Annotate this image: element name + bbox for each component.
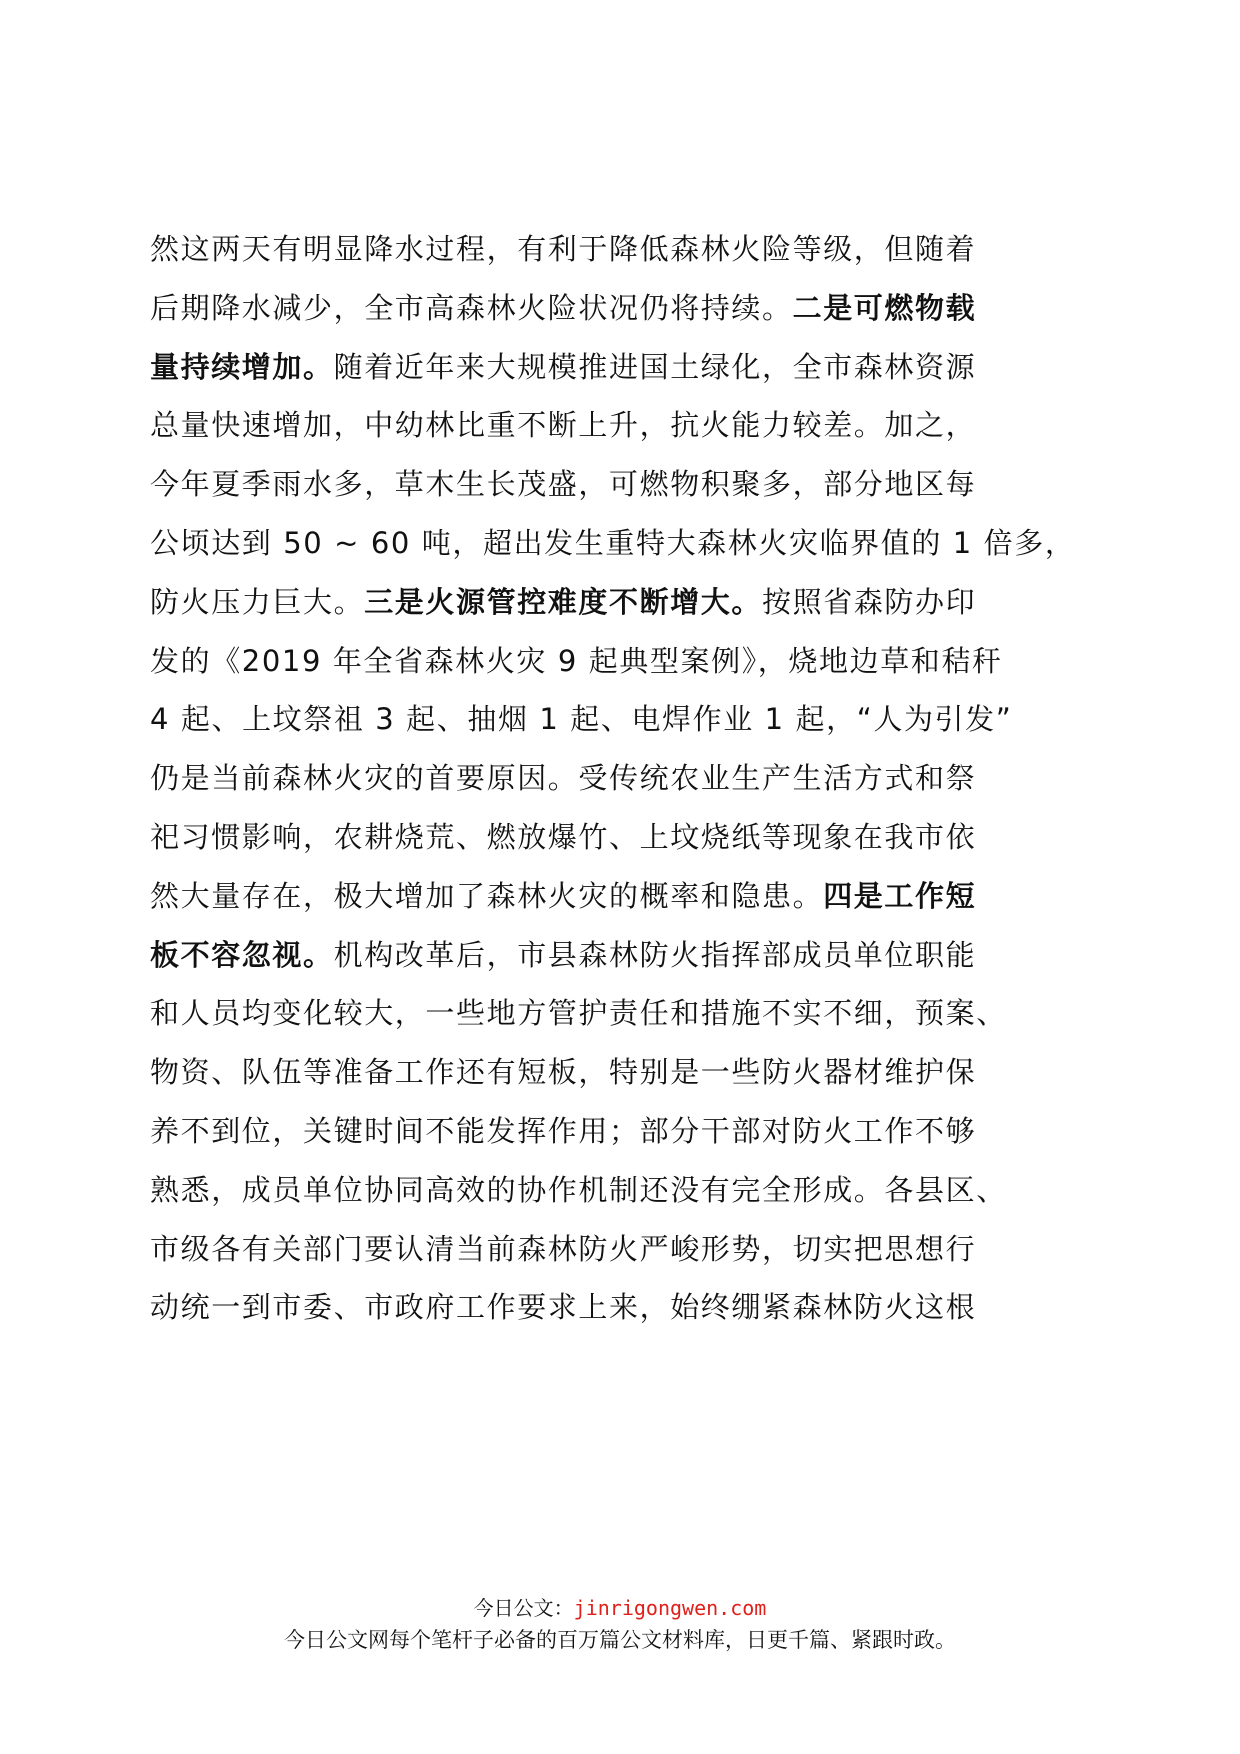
text-line: 量持续增加。随着近年来大规模推进国土绿化，全市森林资源 (150, 338, 1110, 397)
text-line: 板不容忽视。机构改革后，市县森林防火指挥部成员单位职能 (150, 926, 1110, 985)
text-line: 今年夏季雨水多，草木生长茂盛，可燃物积聚多，部分地区每 (150, 455, 1110, 514)
body-text-segment: 仍是当前森林火灾的首要原因。受传统农业生产生活方式和祭 (150, 761, 976, 795)
body-text-segment: 总量快速增加，中幼林比重不断上升，抗火能力较差。加之， (150, 408, 976, 442)
text-line: 熟悉，成员单位协同高效的协作机制还没有完全形成。各县区、 (150, 1161, 1110, 1220)
bold-heading-text: 二是可燃物载 (793, 291, 977, 325)
body-text-segment: 随着近年来大规模推进国土绿化，全市森林资源 (334, 350, 977, 384)
text-line: 养不到位，关键时间不能发挥作用；部分干部对防火工作不够 (150, 1102, 1110, 1161)
body-text-segment: 4 起、上坟祭祖 3 起、抽烟 1 起、电焊作业 1 起，“人为引发” (150, 702, 1012, 736)
body-text-segment: 然这两天有明显降水过程，有利于降低森林火险等级，但随着 (150, 232, 976, 266)
text-line: 和人员均变化较大，一些地方管护责任和措施不实不细，预案、 (150, 984, 1110, 1043)
document-page: 然这两天有明显降水过程，有利于降低森林火险等级，但随着后期降水减少，全市高森林火… (0, 0, 1240, 1754)
text-line: 物资、队伍等准备工作还有短板，特别是一些防火器材维护保 (150, 1043, 1110, 1102)
text-line: 市级各有关部门要认清当前森林防火严峻形势，切实把思想行 (150, 1220, 1110, 1279)
body-text-segment: 发的《2019 年全省森林火灾 9 起典型案例》，烧地边草和秸秆 (150, 644, 1003, 678)
text-line: 然大量存在，极大增加了森林火灾的概率和隐患。四是工作短 (150, 867, 1110, 926)
text-line: 总量快速增加，中幼林比重不断上升，抗火能力较差。加之， (150, 396, 1110, 455)
body-text-segment: 公顷达到 50 ~ 60 吨，超出发生重特大森林火灾临界值的 1 倍多， (150, 526, 1075, 560)
footer-site-label: 今日公文： (474, 1596, 574, 1620)
body-text-segment: 养不到位，关键时间不能发挥作用；部分干部对防火工作不够 (150, 1114, 976, 1148)
text-line: 发的《2019 年全省森林火灾 9 起典型案例》，烧地边草和秸秆 (150, 632, 1110, 691)
body-text-segment: 物资、队伍等准备工作还有短板，特别是一些防火器材维护保 (150, 1055, 976, 1089)
body-text-segment: 防火压力巨大。 (150, 585, 364, 619)
footer-site-url[interactable]: jinrigongwen.com (574, 1596, 767, 1620)
body-text-segment: 机构改革后，市县森林防火指挥部成员单位职能 (334, 938, 977, 972)
text-line: 后期降水减少，全市高森林火险状况仍将持续。二是可燃物载 (150, 279, 1110, 338)
footer-site-line: 今日公文：jinrigongwen.com (0, 1592, 1240, 1621)
text-line: 然这两天有明显降水过程，有利于降低森林火险等级，但随着 (150, 220, 1110, 279)
body-text-segment: 市级各有关部门要认清当前森林防火严峻形势，切实把思想行 (150, 1232, 976, 1266)
body-text-segment: 熟悉，成员单位协同高效的协作机制还没有完全形成。各县区、 (150, 1173, 1007, 1207)
text-line: 祀习惯影响，农耕烧荒、燃放爆竹、上坟烧纸等现象在我市依 (150, 808, 1110, 867)
text-line: 防火压力巨大。三是火源管控难度不断增大。按照省森防办印 (150, 573, 1110, 632)
bold-heading-text: 量持续增加。 (150, 350, 334, 384)
body-text-segment: 动统一到市委、市政府工作要求上来，始终绷紧森林防火这根 (150, 1290, 976, 1324)
body-text-segment: 和人员均变化较大，一些地方管护责任和措施不实不细，预案、 (150, 996, 1007, 1030)
footer-slogan: 今日公文网每个笔杆子必备的百万篇公文材料库，日更千篇、紧跟时政。 (0, 1624, 1240, 1654)
bold-heading-text: 四是工作短 (823, 879, 976, 913)
bold-heading-text: 三是火源管控难度不断增大。 (364, 585, 762, 619)
body-text-segment: 祀习惯影响，农耕烧荒、燃放爆竹、上坟烧纸等现象在我市依 (150, 820, 976, 854)
text-line: 仍是当前森林火灾的首要原因。受传统农业生产生活方式和祭 (150, 749, 1110, 808)
body-text-segment: 今年夏季雨水多，草木生长茂盛，可燃物积聚多，部分地区每 (150, 467, 976, 501)
body-text-segment: 后期降水减少，全市高森林火险状况仍将持续。 (150, 291, 793, 325)
text-line: 公顷达到 50 ~ 60 吨，超出发生重特大森林火灾临界值的 1 倍多， (150, 514, 1110, 573)
bold-heading-text: 板不容忽视。 (150, 938, 334, 972)
text-line: 动统一到市委、市政府工作要求上来，始终绷紧森林防火这根 (150, 1278, 1110, 1337)
body-text-segment: 然大量存在，极大增加了森林火灾的概率和隐患。 (150, 879, 823, 913)
text-line: 4 起、上坟祭祖 3 起、抽烟 1 起、电焊作业 1 起，“人为引发” (150, 690, 1110, 749)
document-body: 然这两天有明显降水过程，有利于降低森林火险等级，但随着后期降水减少，全市高森林火… (150, 220, 1110, 1337)
body-text-segment: 按照省森防办印 (762, 585, 976, 619)
